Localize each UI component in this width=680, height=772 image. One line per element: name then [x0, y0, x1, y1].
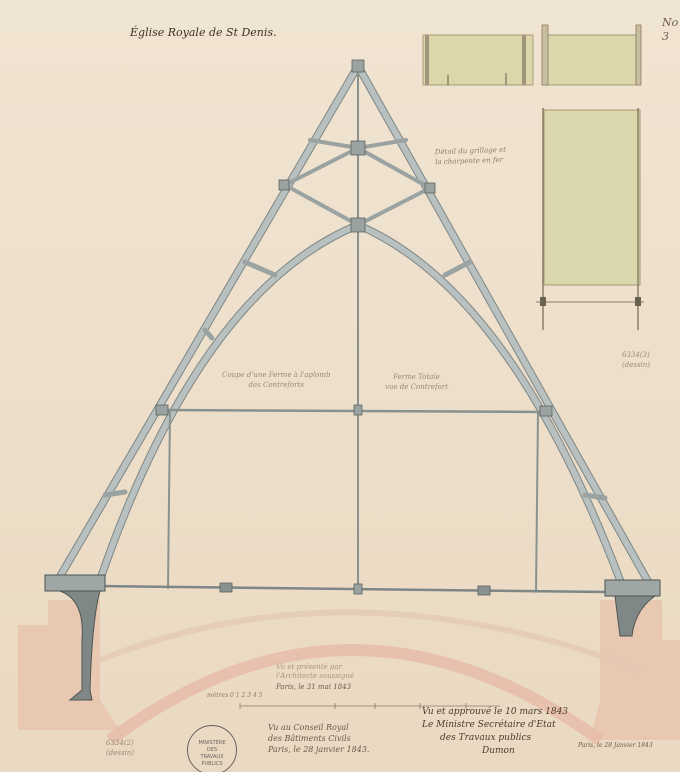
inventory-line: (dessin)	[106, 748, 134, 758]
architect-note: Vu et présenté par l'Architecte soussign…	[276, 663, 354, 681]
approval-signature: Dumon	[422, 745, 568, 758]
inventory-number-left: 6334(2) (dessin)	[106, 738, 134, 758]
scale-label: mètres 0 1 2 3 4 5	[207, 692, 263, 699]
stamp-line: MINISTÈRE	[188, 740, 236, 747]
plate-number: No 3 3	[662, 16, 680, 44]
drawing-sheet: Église Royale de St Denis. No 3 3 Détail…	[0, 0, 680, 772]
truss-label-line: des Contreforts	[222, 380, 330, 390]
council-note: Vu au Conseil Royal des Bâtiments Civils…	[268, 722, 369, 755]
stamp-line: DES	[188, 747, 236, 754]
truss-label-line: vue de Contrefort	[385, 382, 448, 392]
truss-label-right: Ferme Totale vue de Contrefort	[385, 372, 448, 392]
detail-note: Détail du grillage et la charpente en fe…	[435, 145, 507, 167]
signature-right: Paris, le 28 Janvier 1843	[578, 742, 653, 749]
inventory-number-right: 6334(3) (dessin)	[622, 350, 650, 370]
stamp-line: TRAVAUX	[188, 754, 236, 761]
council-note-line: Vu au Conseil Royal	[268, 722, 369, 733]
truss-label-line: Ferme Totale	[385, 372, 448, 382]
plate-number-text: No 3	[662, 16, 680, 30]
inventory-line: 6334(2)	[106, 738, 134, 748]
truss-diagram	[0, 0, 680, 772]
stamp-text: MINISTÈRE DES TRAVAUX PUBLICS	[188, 740, 236, 768]
council-note-line: des Bâtiments Civils	[268, 733, 369, 744]
council-note-line: Paris, le 28 janvier 1843.	[268, 744, 369, 755]
glazing-detail-horizontal	[423, 25, 641, 85]
architect-date: Paris, le 31 mai 1843	[276, 683, 351, 691]
inventory-line: 6334(3)	[622, 350, 650, 360]
architect-note-line: Vu et présenté par	[276, 663, 354, 672]
ministry-stamp: MINISTÈRE DES TRAVAUX PUBLICS	[187, 725, 237, 772]
stamp-line: PUBLICS	[188, 761, 236, 768]
approval-line: Vu et approuvé le 10 mars 1843	[422, 706, 568, 719]
truss-label-line: Coupe d'une Ferme à l'aplomb	[222, 370, 330, 380]
glazing-detail-vertical	[536, 108, 644, 330]
approval-line: Le Ministre Secrétaire d'Etat	[422, 719, 568, 732]
approval-note: Vu et approuvé le 10 mars 1843 Le Minist…	[422, 706, 568, 758]
plate-sub-text: 3	[662, 30, 680, 44]
masonry-left	[18, 600, 120, 730]
approval-line: des Travaux publics	[422, 732, 568, 745]
drawing-title: Église Royale de St Denis.	[130, 26, 277, 39]
truss-label-left: Coupe d'une Ferme à l'aplomb des Contref…	[222, 370, 330, 390]
vault-arc-outer	[100, 612, 640, 670]
inventory-line: (dessin)	[622, 360, 650, 370]
architect-note-line: l'Architecte soussigné	[276, 672, 354, 681]
